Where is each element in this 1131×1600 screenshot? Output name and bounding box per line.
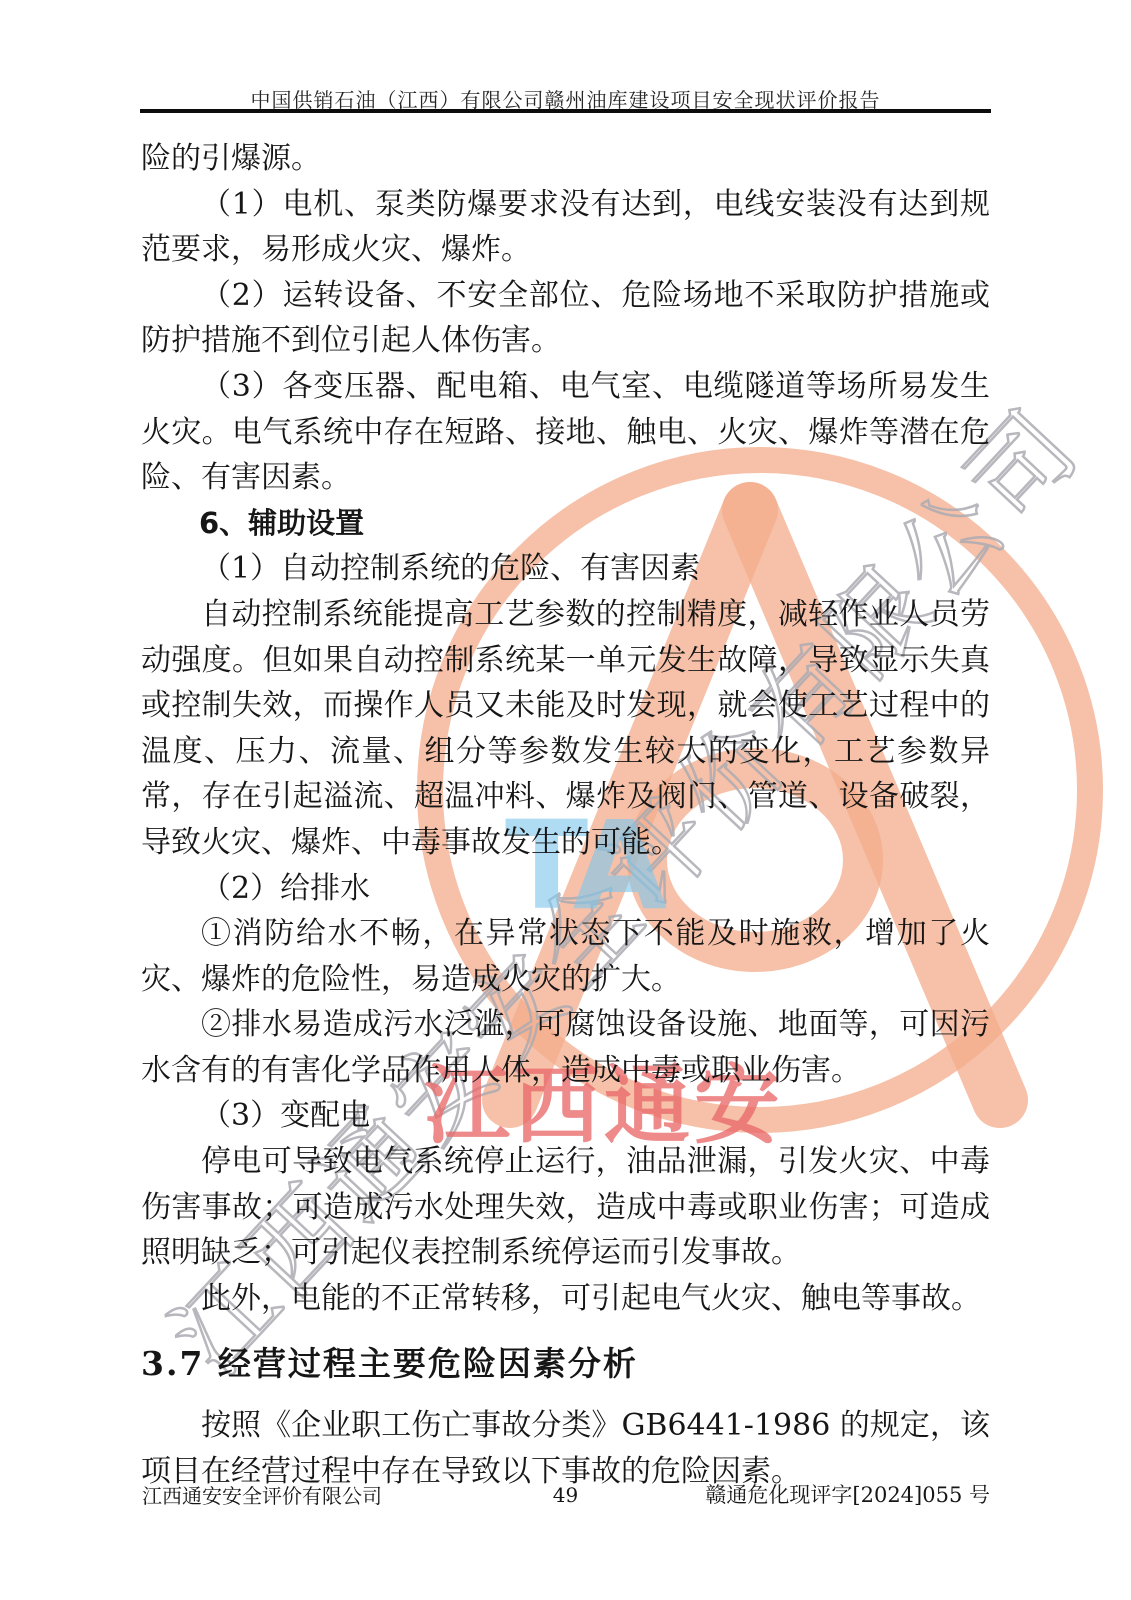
paragraph: 自动控制系统能提高工艺参数的控制精度，减轻作业人员劳动强度。但如果自动控制系统某… — [141, 592, 990, 866]
header-divider — [140, 109, 991, 113]
paragraph: ②排水易造成污水泛滥，可腐蚀设备设施、地面等，可因污水含有的有害化学品作用人体，… — [141, 1002, 990, 1093]
document-body: 险的引爆源。（1）电机、泵类防爆要求没有达到，电线安装没有达到规范要求，易形成火… — [141, 136, 990, 1494]
paragraph: 6、辅助设置 — [141, 501, 990, 547]
paragraph: （1）电机、泵类防爆要求没有达到，电线安装没有达到规范要求，易形成火灾、爆炸。 — [141, 182, 990, 273]
paragraph: 停电可导致电气系统停止运行，油品泄漏，引发火灾、中毒伤害事故；可造成污水处理失效… — [141, 1139, 990, 1276]
paragraph: 此外，电能的不正常转移，可引起电气火灾、触电等事故。 — [141, 1276, 990, 1322]
paragraph: （1）自动控制系统的危险、有害因素 — [141, 546, 990, 592]
paragraph: （2）运转设备、不安全部位、危险场地不采取防护措施或防护措施不到位引起人体伤害。 — [141, 273, 990, 364]
paragraph: （3）各变压器、配电箱、电气室、电缆隧道等场所易发生火灾。电气系统中存在短路、接… — [141, 364, 990, 501]
paragraph: ①消防给水不畅，在异常状态下不能及时施救，增加了火灾、爆炸的危险性，易造成火灾的… — [141, 911, 990, 1002]
paragraph: 3.7 经营过程主要危险因素分析 — [141, 1341, 990, 1387]
paragraph: （3）变配电 — [141, 1093, 990, 1139]
paragraph: 险的引爆源。 — [141, 136, 990, 182]
footer-document-number: 赣通危化现评字[2024]055 号 — [705, 1479, 990, 1509]
report-page: { "header": { "title": "中国供销石油（江西）有限公司赣州… — [0, 0, 1131, 1600]
paragraph: （2）给排水 — [141, 866, 990, 912]
